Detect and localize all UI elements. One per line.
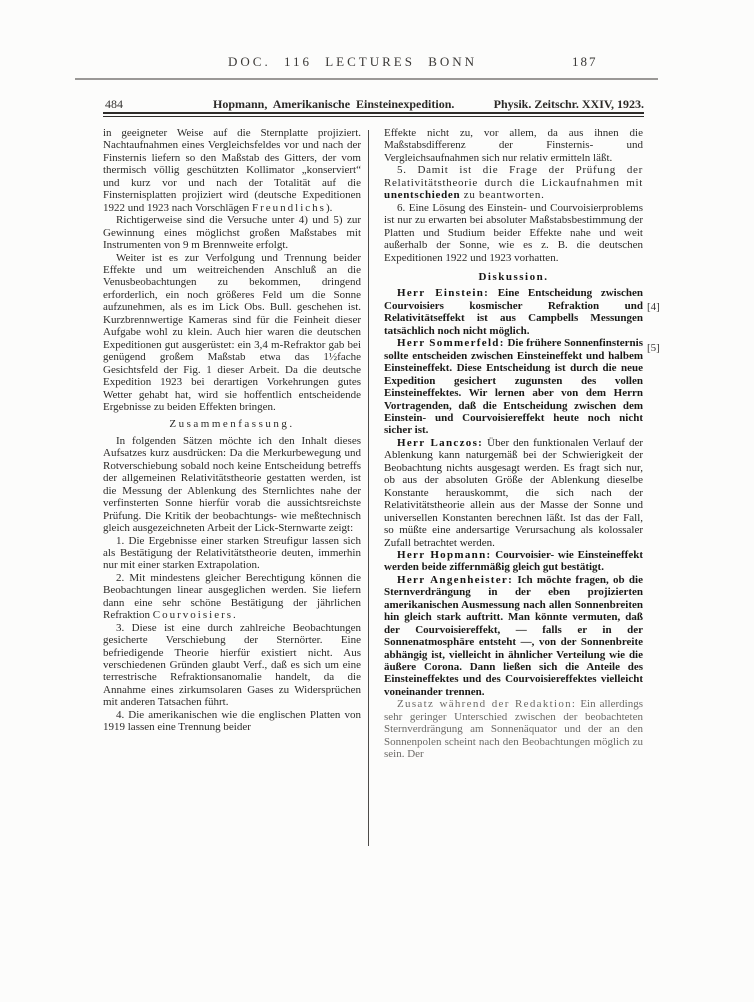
discussion-sommerfeld: Herr Sommerfeld: Die frühere Sonnenfinst…	[384, 337, 643, 437]
paragraph-text: Ich möchte fragen, ob die Sternverdrängu…	[384, 574, 643, 698]
emphasized-word: unentschieden	[384, 189, 460, 201]
spaced-name-freundlich: Freundlichs	[252, 202, 326, 214]
speaker-hopmann: Herr Hopmann:	[397, 549, 491, 561]
right-column: Effekte nicht zu, vor allem, da aus ihne…	[384, 127, 643, 761]
journal-running-title: Hopmann, Amerikanische Einsteinexpeditio…	[213, 97, 454, 112]
paragraph-text: 5. Damit ist die Frage der Prüfung der R…	[384, 164, 643, 188]
journal-page-number: 484	[105, 97, 123, 112]
paragraph-text: ).	[326, 202, 332, 214]
paragraph-continuation: in geeigneter Weise auf die Sternplatte …	[103, 127, 361, 214]
paragraph-weiter: Weiter ist es zur Verfolgung und Trennun…	[103, 252, 361, 414]
discussion-einstein: Herr Einstein: Eine Entscheidung zwische…	[384, 287, 643, 337]
paragraph-text: in geeigneter Weise auf die Sternplatte …	[103, 127, 361, 214]
journal-citation: Physik. Zeitschr. XXIV, 1923.	[494, 97, 644, 112]
paragraph-summary-intro: In folgenden Sätzen möchte ich den Inhal…	[103, 435, 361, 535]
paragraph-richtigerweise: Richtigerweise sind die Versuche unter 4…	[103, 214, 361, 251]
book-header-rule	[75, 78, 658, 80]
summary-item-1: 1. Die Ergebnisse einer starken Streufig…	[103, 535, 361, 572]
summary-item-4: 4. Die amerikanischen wie die englischen…	[103, 709, 361, 734]
speaker-einstein: Herr Einstein:	[397, 287, 489, 299]
paragraph-text: Die frühere Sonnenfinsternis sollte ents…	[384, 337, 643, 436]
discussion-hopmann: Herr Hopmann: Courvoisier- wie Einsteine…	[384, 549, 643, 574]
book-page-number: 187	[572, 54, 598, 70]
paragraph-text: Über den funktionalen Verlauf der Ablenk…	[384, 437, 643, 549]
column-divider-rule	[368, 130, 369, 846]
summary-item-6: 6. Eine Lösung des Einstein- und Courvoi…	[384, 202, 643, 264]
speaker-lanczos: Herr Lanczos:	[397, 437, 483, 449]
margin-note-4: [4]	[647, 301, 660, 313]
margin-note-5: [5]	[647, 342, 660, 354]
left-column: in geeigneter Weise auf die Sternplatte …	[103, 127, 361, 734]
scanned-document-page: DOC. 116 LECTURES BONN 187 484 Hopmann, …	[0, 0, 754, 1002]
paragraph-continuation: Effekte nicht zu, vor allem, da aus ihne…	[384, 127, 643, 164]
discussion-lanczos: Herr Lanczos: Über den funktionalen Verl…	[384, 437, 643, 549]
summary-item-3: 3. Diese ist eine durch zahlreiche Beoba…	[103, 622, 361, 709]
spaced-name-courvoisier: Courvoisiers	[153, 609, 233, 621]
summary-item-5: 5. Damit ist die Frage der Prüfung der R…	[384, 164, 643, 201]
book-header-title: DOC. 116 LECTURES BONN	[228, 54, 477, 70]
speaker-sommerfeld: Herr Sommerfeld:	[397, 337, 505, 349]
discussion-heading: Diskussion.	[384, 271, 643, 283]
paragraph-text: .	[233, 609, 236, 621]
summary-heading: Zusammenfassung.	[103, 418, 361, 430]
journal-double-rule	[103, 112, 644, 117]
summary-item-2: 2. Mit mindestens gleicher Berechtigung …	[103, 572, 361, 622]
discussion-angenheister: Herr Angenheister: Ich möchte fragen, ob…	[384, 574, 643, 699]
zusatz-lead: Zusatz während der Redaktion:	[397, 698, 576, 710]
paragraph-text: zu beantworten.	[460, 189, 544, 201]
paragraph-zusatz: Zusatz während der Redaktion: Ein allerd…	[384, 698, 643, 760]
speaker-angenheister: Herr Angenheister:	[397, 574, 513, 586]
